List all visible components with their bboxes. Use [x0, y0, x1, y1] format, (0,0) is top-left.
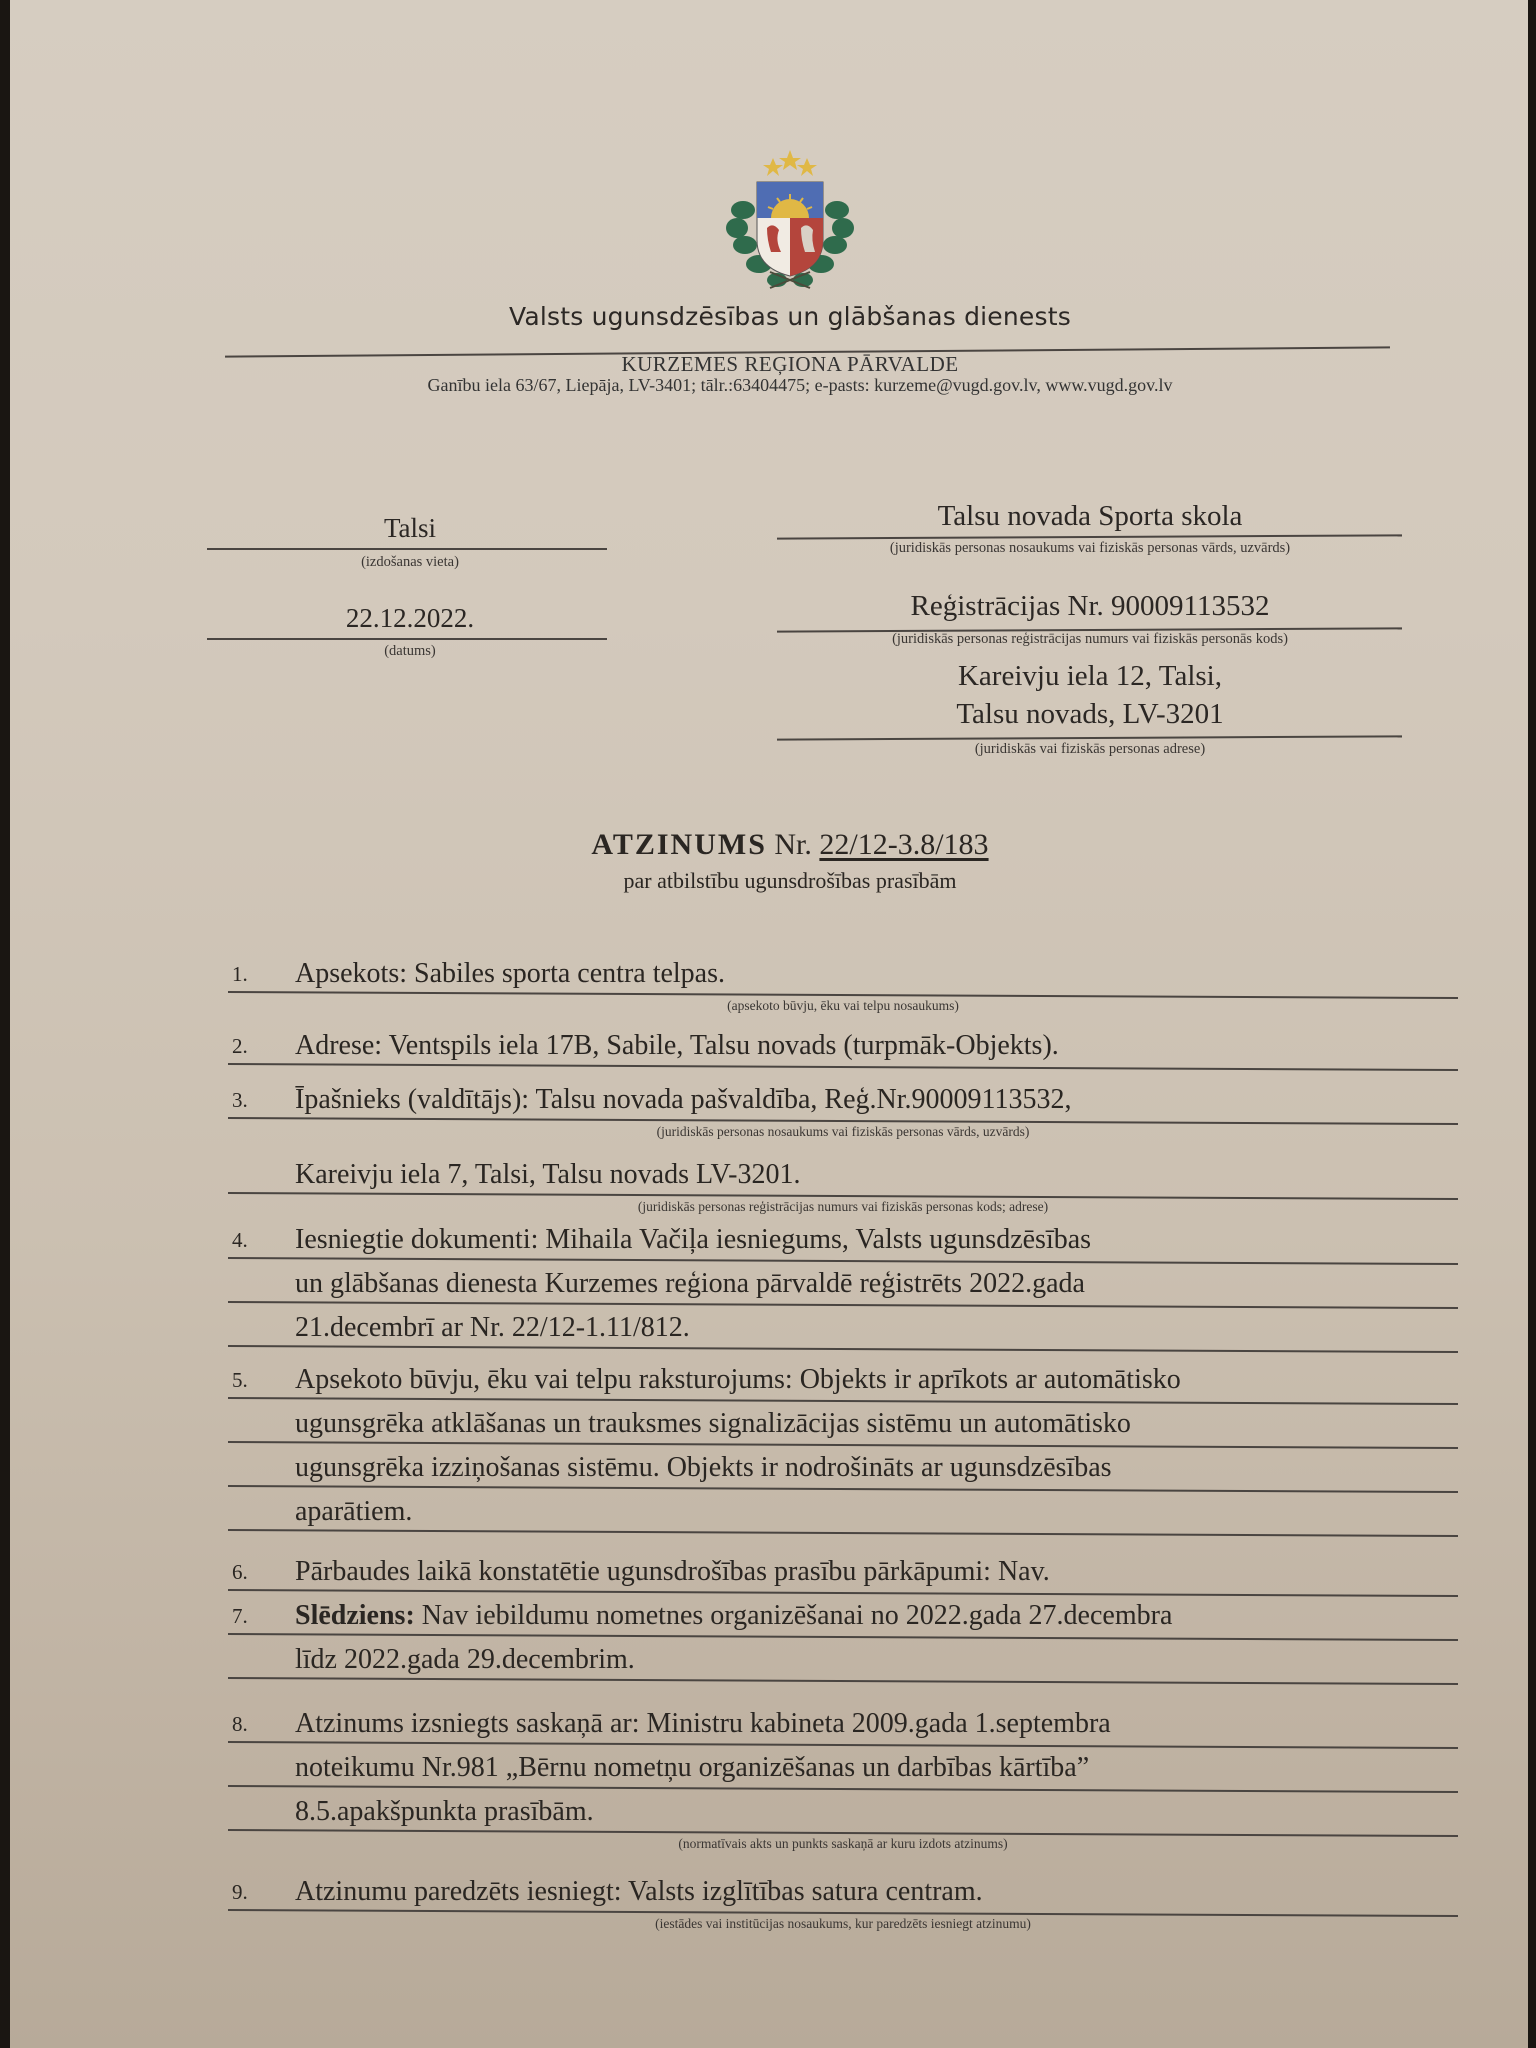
item-number: 1.: [232, 962, 248, 987]
item-text-line: ugunsgrēka atklāšanas un trauksmes signa…: [295, 1408, 1131, 1440]
item-number: 2.: [232, 1034, 248, 1059]
document-subtitle: par atbilstību ugunsdrošības prasībām: [430, 868, 1150, 894]
item-number: 3.: [232, 1088, 248, 1113]
item-text-line: Īpašnieks (valdītājs): Talsu novada pašv…: [295, 1084, 1071, 1116]
item-underline: [228, 1397, 1458, 1405]
recipient-name: Talsu novada Sporta skola: [780, 500, 1400, 533]
item-underline: [228, 1677, 1458, 1685]
issue-date: 22.12.2022.: [210, 603, 610, 634]
item-underline: [228, 1529, 1458, 1537]
item-number: 7.: [232, 1604, 248, 1629]
item-text-line: noteikumu Nr.981 „Bērnu nometņu organizē…: [295, 1752, 1089, 1784]
item-caption: (normatīvais akts un punkts saskaņā ar k…: [228, 1836, 1458, 1852]
item-number: 5.: [232, 1368, 248, 1393]
item-caption: (juridiskās personas reģistrācijas numur…: [228, 1199, 1458, 1215]
item-underline: [228, 1785, 1458, 1793]
issue-date-caption: (datums): [210, 643, 610, 660]
recipient-name-caption: (juridiskās personas nosaukums vai fizis…: [780, 540, 1400, 557]
item-number: 8.: [232, 1712, 248, 1737]
item-text-line: Kareivju iela 7, Talsi, Talsu novads LV-…: [295, 1159, 800, 1191]
item-underline: [228, 1441, 1458, 1449]
item-text-line: Atzinums izsniegts saskaņā ar: Ministru …: [295, 1708, 1111, 1740]
recipient-address-line1: Kareivju iela 12, Talsi,: [780, 660, 1400, 693]
issue-place-caption: (izdošanas vieta): [210, 554, 610, 571]
item-caption: (iestādes vai institūcijas nosaukums, ku…: [228, 1916, 1458, 1932]
item-number: 4.: [232, 1228, 248, 1253]
latvia-coat-of-arms-icon: [715, 140, 865, 300]
item-text-line: Atzinumu paredzēts iesniegt: Valsts izgl…: [295, 1876, 983, 1908]
item-text-line: Adrese: Ventspils iela 17B, Sabile, Tals…: [295, 1030, 1059, 1062]
item-underline: [228, 1257, 1458, 1265]
recipient-reg-number: Reģistrācijas Nr. 90009113532: [780, 590, 1400, 623]
item-number: 9.: [232, 1880, 248, 1905]
item-text-line: Apsekots: Sabiles sporta centra telpas.: [295, 958, 725, 990]
agency-name: Valsts ugunsdzēsības un glābšanas dienes…: [410, 302, 1170, 331]
item-text-line: 8.5.apakšpunkta prasībām.: [295, 1796, 594, 1828]
document-page: Valsts ugunsdzēsības un glābšanas dienes…: [10, 0, 1528, 2048]
issue-place-line: [207, 548, 607, 550]
issue-place: Talsi: [210, 513, 610, 544]
document-number: 22/12-3.8/183: [819, 828, 988, 861]
recipient-address-line: [777, 735, 1402, 740]
item-underline: [228, 1741, 1458, 1749]
item-text-line: Apsekoto būvju, ēku vai telpu raksturoju…: [295, 1364, 1181, 1396]
recipient-name-line: [777, 534, 1402, 539]
item-text-line: ugunsgrēka izziņošanas sistēmu. Objekts …: [295, 1452, 1112, 1484]
item-underline: [228, 1301, 1458, 1309]
item-number: 6.: [232, 1560, 248, 1585]
item-underline: [228, 1485, 1458, 1493]
recipient-address-line2: Talsu novads, LV-3201: [780, 698, 1400, 731]
item-text-line: Iesniegtie dokumenti: Mihaila Vačiļa ies…: [295, 1224, 1091, 1256]
item-caption: (juridiskās personas nosaukums vai fizis…: [228, 1124, 1458, 1140]
document-title: ATZINUMS Nr. 22/12-3.8/183: [430, 828, 1150, 862]
issue-date-line: [207, 638, 607, 640]
item-underline: [228, 1633, 1458, 1641]
title-nr-label: Nr.: [767, 828, 820, 861]
item-label: Slēdziens:: [295, 1600, 415, 1631]
item-underline: [228, 1345, 1458, 1353]
item-text-line: un glābšanas dienesta Kurzemes reģiona p…: [295, 1268, 1085, 1300]
region-name: KURZEMES REĢIONA PĀRVALDE: [410, 352, 1170, 377]
agency-contacts: Ganību iela 63/67, Liepāja, LV-3401; tāl…: [310, 375, 1290, 396]
item-text-line: aparātiem.: [295, 1496, 412, 1528]
item-caption: (apsekoto būvju, ēku vai telpu nosaukums…: [228, 998, 1458, 1014]
title-label: ATZINUMS: [591, 828, 766, 861]
item-text-line: 21.decembrī ar Nr. 22/12-1.11/812.: [295, 1312, 690, 1344]
item-underline: [228, 1063, 1458, 1071]
item-text-line: Slēdziens: Nav iebildumu nometnes organi…: [295, 1600, 1172, 1632]
item-text-line: līdz 2022.gada 29.decembrim.: [295, 1644, 635, 1676]
item-underline: [228, 1589, 1458, 1597]
recipient-address-caption: (juridiskās vai fiziskās personas adrese…: [780, 741, 1400, 758]
recipient-reg-caption: (juridiskās personas reģistrācijas numur…: [780, 631, 1400, 648]
item-text-line: Pārbaudes laikā konstatētie ugunsdrošība…: [295, 1556, 1050, 1588]
